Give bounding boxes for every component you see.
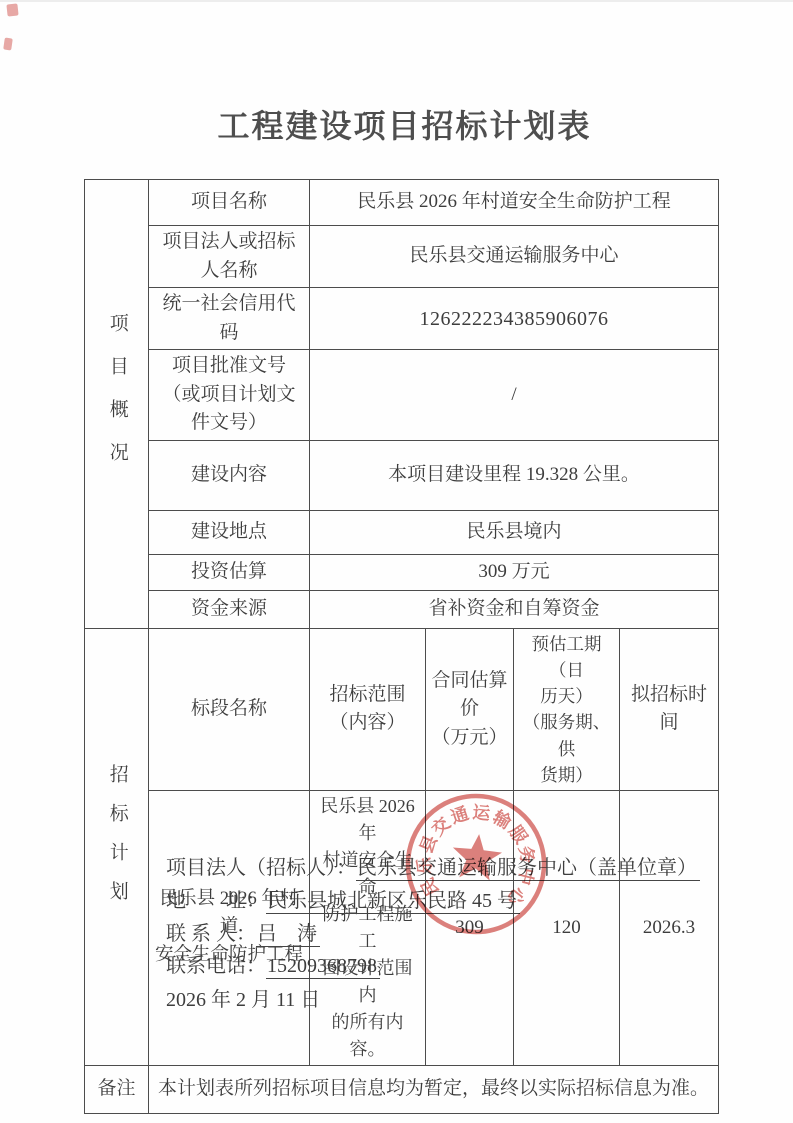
label-fund-source: 资金来源 [149, 590, 310, 628]
page-title: 工程建设项目招标计划表 [0, 101, 793, 147]
footer-value: 民乐县交通运输服务中心（盖单位章） [356, 857, 700, 881]
value-remark: 本计划表所列招标项目信息均为暂定，最终以实际招标信息为准。 [149, 1066, 719, 1114]
footer-line-address: 地 址：民乐县城北新区乐民路 45 号 [166, 884, 700, 917]
table-row: 建设内容 本项目建设里程 19.328 公里。 [85, 440, 719, 510]
section-label-overview: 项目概况 [85, 180, 149, 629]
label-approval-number: 项目批准文号（或项目计划文件文号） [149, 350, 310, 441]
label-investment: 投资估算 [149, 554, 310, 590]
value-location: 民乐县境内 [310, 510, 719, 554]
header-estimated-duration: 预估工期（日 历天） （服务期、供 货期） [514, 628, 620, 791]
label-project-name: 项目名称 [149, 180, 310, 226]
value-legal-person: 民乐县交通运输服务中心 [310, 226, 719, 288]
table-header-row: 招标计划 标段名称 招标范围 （内容） 合同估算 价 （万元） 预估工期（日 历… [85, 628, 719, 791]
footer-value: 吕 涛 [256, 923, 320, 947]
value-project-name: 民乐县 2026 年村道安全生命防护工程 [310, 180, 719, 226]
label-construction-content: 建设内容 [149, 440, 310, 510]
table-row: 项目概况 项目名称 民乐县 2026 年村道安全生命防护工程 [85, 180, 719, 226]
label-remark: 备注 [85, 1066, 149, 1114]
footer-label: 项目法人（招标人）： [166, 857, 356, 879]
table-row: 统一社会信用代码 126222234385906076 [85, 288, 719, 350]
table-row: 资金来源 省补资金和自筹资金 [85, 590, 719, 628]
value-approval-number: / [310, 350, 719, 441]
value-investment: 309 万元 [310, 554, 719, 590]
bid-plan-vertical-label: 招标计划 [102, 764, 131, 920]
table-row: 项目法人或招标人名称 民乐县交通运输服务中心 [85, 226, 719, 288]
label-credit-code: 统一社会信用代码 [149, 288, 310, 350]
footer-line-contact-person: 联 系 人：吕 涛 [166, 917, 700, 950]
header-contract-price: 合同估算 价 （万元） [426, 628, 514, 791]
red-stamp-fragment-icon [3, 38, 13, 51]
value-credit-code: 126222234385906076 [310, 288, 719, 350]
table-row: 投资估算 309 万元 [85, 554, 719, 590]
footer-label: 联 系 人： [166, 923, 256, 945]
table-row: 建设地点 民乐县境内 [85, 510, 719, 554]
footer-value: 民乐县城北新区乐民路 45 号 [266, 890, 520, 914]
label-location: 建设地点 [149, 510, 310, 554]
section-label-bid-plan: 招标计划 [85, 628, 149, 1066]
table-row: 项目批准文号（或项目计划文件文号） / [85, 350, 719, 441]
label-legal-person: 项目法人或招标人名称 [149, 226, 310, 288]
scan-edge [0, 0, 793, 2]
footer-line-legal-person: 项目法人（招标人）：民乐县交通运输服务中心（盖单位章） [166, 851, 700, 884]
footer-label: 联系电话： [166, 955, 266, 977]
footer-label: 地 址： [166, 890, 266, 912]
footer-line-phone: 联系电话：15209368798 [166, 949, 700, 982]
value-fund-source: 省补资金和自筹资金 [310, 590, 719, 628]
header-bid-scope: 招标范围 （内容） [310, 628, 426, 791]
remark-row: 备注 本计划表所列招标项目信息均为暂定，最终以实际招标信息为准。 [85, 1066, 719, 1114]
value-construction-content: 本项目建设里程 19.328 公里。 [310, 440, 719, 510]
footer-contact-block: 项目法人（招标人）：民乐县交通运输服务中心（盖单位章） 地 址：民乐县城北新区乐… [166, 851, 700, 1016]
overview-vertical-label: 项目概况 [102, 313, 131, 485]
footer-date: 2026 年 2 月 11 日 [166, 983, 700, 1016]
header-section-name: 标段名称 [149, 628, 310, 791]
footer-value: 15209368798 [266, 955, 380, 979]
document-page: 工程建设项目招标计划表 项目概况 项目名称 民乐县 2026 年村道安全生命防护… [0, 0, 793, 1123]
header-bid-time: 拟招标时间 [620, 628, 719, 791]
red-stamp-fragment-icon [6, 3, 18, 16]
